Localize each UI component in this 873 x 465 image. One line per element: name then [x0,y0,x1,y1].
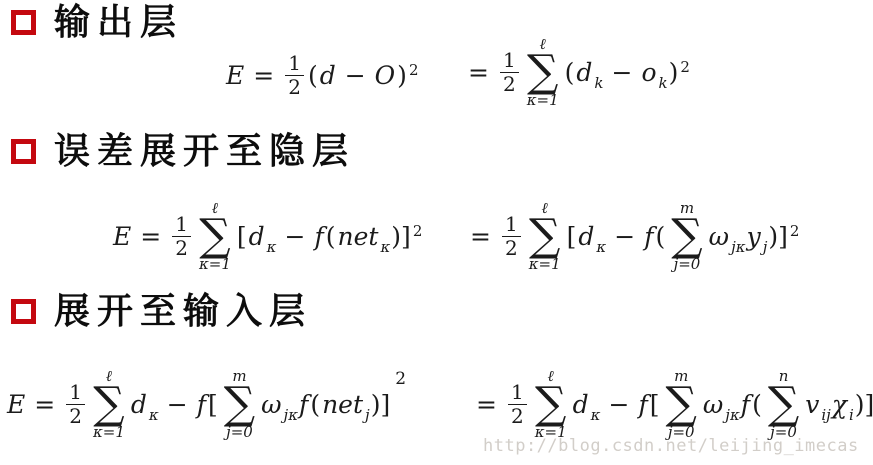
equation-output-layer-left: E=12(d−O)2 [225,52,418,99]
equation-hidden-layer-left: E=12ℓ∑κ=1[dκ−f(netκ)]2 [112,201,422,272]
section-title-input-layer: 展开至输入层 [54,293,312,331]
section-header-hidden-layer: 误差展开至隐层 [11,133,355,171]
equation-input-layer-right: =12ℓ∑κ=1dκ−f[m∑j=0ωjκf(n∑j=0vijχi)]2 [468,369,873,440]
section-header-input-layer: 展开至输入层 [11,293,312,331]
equation-output-layer-right: =12ℓ∑κ=1(dk−ok)2 [460,37,690,108]
equation-input-layer-left: E=12ℓ∑κ=1dκ−f[m∑j=0ωjκf(netj)]2 [6,369,406,440]
equation-hidden-layer-right: =12ℓ∑κ=1[dκ−f(m∑j=0ωjκyj)]2 [462,201,799,272]
section-header-output-layer: 输出层 [11,4,183,42]
red-square-bullet-icon [11,139,36,164]
section-title-output-layer: 输出层 [54,4,183,42]
red-square-bullet-icon [11,299,36,324]
section-title-hidden-layer: 误差展开至隐层 [54,133,355,171]
red-square-bullet-icon [11,10,36,35]
